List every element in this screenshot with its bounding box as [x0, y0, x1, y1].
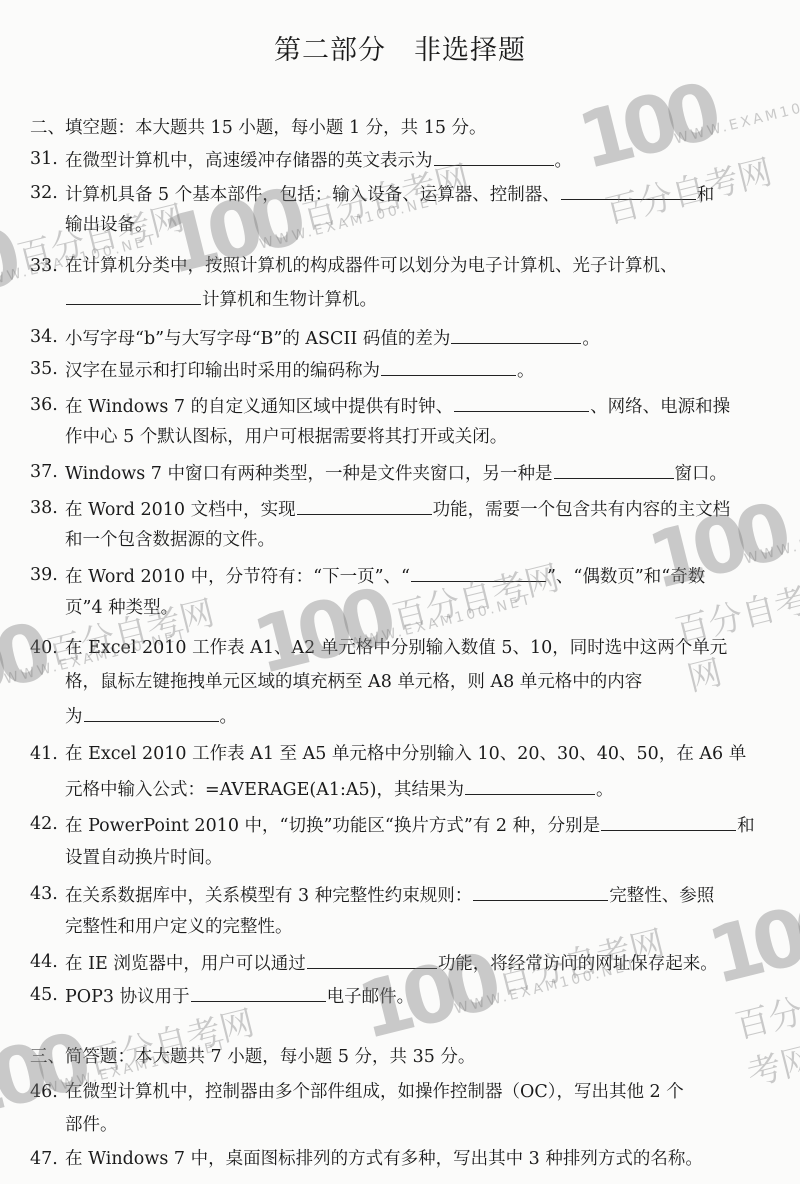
question-number: 36. — [30, 393, 58, 417]
answer-blank[interactable] — [191, 983, 326, 1002]
question-text: POP3 协议用于电子邮件。 — [65, 983, 414, 1009]
question-text: 部件。 — [65, 1113, 118, 1137]
question-text: 元格中输入公式：=AVERAGE(A1:A5)，其结果为。 — [65, 776, 614, 802]
answer-blank[interactable] — [297, 496, 432, 515]
answer-blank[interactable] — [451, 325, 581, 344]
watermark-logo: 100百分自考网 WWW.EXAM100.NET — [700, 883, 800, 1098]
question-number: 38. — [30, 496, 58, 520]
question-number: 35. — [30, 357, 58, 381]
question-text: 在 Excel 2010 工作表 A1 至 A5 单元格中分别输入 10、20、… — [65, 742, 746, 766]
question-text: 在 Excel 2010 工作表 A1、A2 单元格中分别输入数值 5、10，同… — [65, 636, 727, 660]
question-number: 33. — [30, 254, 58, 278]
watermark-logo: 100百分自考网 WWW.EXAM100.NET — [245, 530, 568, 693]
question-number: 42. — [30, 812, 58, 836]
question-text: 在微型计算机中，高速缓冲存储器的英文表示为。 — [65, 147, 572, 173]
question-text: 在关系数据库中，关系模型有 3 种完整性约束规则：完整性、参照 — [65, 882, 714, 908]
question-text: 在 Word 2010 文档中，实现功能，需要一个包含共有内容的主文档 — [65, 496, 730, 522]
question-text: 在 IE 浏览器中，用户可以通过功能，将经常访问的网址保存起来。 — [65, 950, 718, 976]
question-number: 31. — [30, 147, 58, 171]
question-text: 在计算机分类中，按照计算机的构成器件可以划分为电子计算机、光子计算机、 — [65, 254, 678, 278]
question-text: 格，鼠标左键拖拽单元区域的填充柄至 A8 单元格，则 A8 单元格中的内容 — [65, 670, 642, 694]
question-text: 设置自动换片时间。 — [65, 846, 223, 870]
question-text: 在微型计算机中，控制器由多个部件组成，如操作控制器（OC），写出其他 2 个 — [65, 1080, 684, 1104]
question-text: 在 PowerPoint 2010 中，“切换”功能区“换片方式”有 2 种，分… — [65, 812, 755, 838]
question-text: 在 Windows 7 的自定义通知区域中提供有时钟、、网络、电源和操 — [65, 393, 730, 419]
question-number: 41. — [30, 742, 58, 766]
question-text: 在 Windows 7 中，桌面图标排列的方式有多种，写出其中 3 种排列方式的… — [65, 1147, 703, 1171]
question-text: 计算机和生物计算机。 — [65, 286, 377, 312]
question-text: 为。 — [65, 703, 237, 729]
question-text: Windows 7 中窗口有两种类型，一种是文件夹窗口，另一种是窗口。 — [65, 460, 727, 486]
question-number: 39. — [30, 563, 58, 587]
answer-blank[interactable] — [554, 460, 674, 479]
question-number: 45. — [30, 983, 58, 1007]
question-number: 32. — [30, 181, 58, 205]
answer-blank[interactable] — [434, 147, 554, 166]
question-number: 40. — [30, 636, 58, 660]
question-number: 34. — [30, 325, 58, 349]
question-text: 小写字母“b”与大写字母“B”的 ASCII 码值的差为。 — [65, 325, 600, 351]
question-number: 47. — [30, 1147, 58, 1171]
question-text: 汉字在显示和打印输出时采用的编码称为。 — [65, 357, 535, 383]
answer-blank[interactable] — [411, 563, 546, 582]
answer-blank[interactable] — [473, 882, 608, 901]
answer-blank[interactable] — [84, 703, 219, 722]
answer-blank[interactable] — [66, 286, 201, 305]
watermark-logo: 100百分自考网 WWW.EXAM100.NET — [350, 895, 673, 1058]
answer-blank[interactable] — [307, 950, 437, 969]
question-number: 44. — [30, 950, 58, 974]
question-number: 46. — [30, 1080, 58, 1104]
question-text: 作中心 5 个默认图标，用户可根据需要将其打开或关闭。 — [65, 425, 507, 449]
question-text: 完整性和用户定义的完整性。 — [65, 915, 293, 939]
answer-blank[interactable] — [601, 812, 736, 831]
answer-blank[interactable] — [454, 393, 589, 412]
answer-blank[interactable] — [381, 357, 516, 376]
answer-blank[interactable] — [465, 776, 595, 795]
answer-blank[interactable] — [561, 181, 696, 200]
question-number: 37. — [30, 460, 58, 484]
question-number: 43. — [30, 882, 58, 906]
page-title: 第二部分 非选择题 — [0, 28, 800, 67]
question-text: 在 Word 2010 中，分节符有：“下一页”、“”、“偶数页”和“奇数 — [65, 563, 705, 589]
question-text: 和一个包含数据源的文件。 — [65, 528, 275, 552]
question-text: 输出设备。 — [65, 213, 153, 237]
question-text: 计算机具备 5 个基本部件，包括：输入设备、运算器、控制器、和 — [65, 181, 714, 207]
question-text: 页”4 种类型。 — [65, 596, 178, 620]
